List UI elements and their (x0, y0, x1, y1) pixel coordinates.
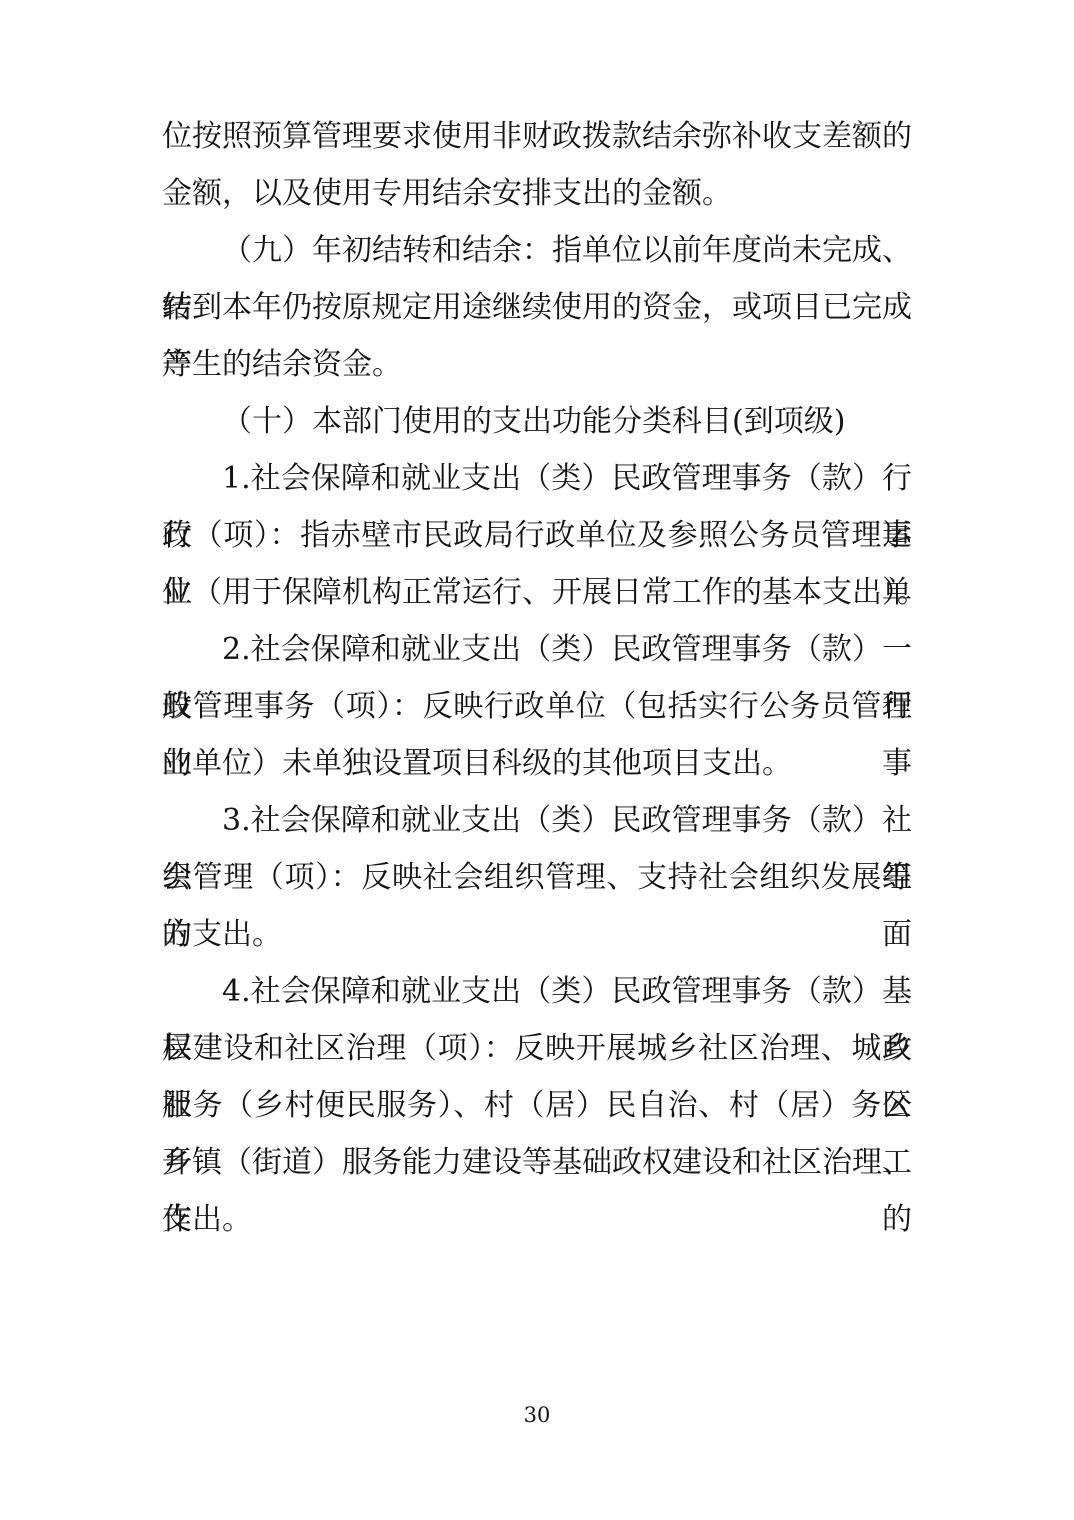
text-line: 金额，以及使用专用结余安排支出的金额。 (162, 165, 912, 222)
page-number: 30 (0, 1402, 1074, 1428)
text-line: 转到本年仍按原规定用途继续使用的资金，或项目已完成等 (162, 279, 912, 336)
document-page: 位按照预算管理要求使用非财政拨款结余弥补收支差额的金额，以及使用专用结余安排支出… (0, 0, 1074, 1520)
text-line: 乡镇（街道）服务能力建设等基础政权建设和社区治理工作的 (162, 1134, 912, 1191)
text-line: 4.社会保障和就业支出（类）民政管理事务（款）基层政 (162, 963, 912, 1020)
text-line: 2.社会保障和就业支出（类）民政管理事务（款）一般行 (162, 621, 912, 678)
text-line: 1.社会保障和就业支出（类）民政管理事务（款）行政运 (162, 450, 912, 507)
text-line: （十）本部门使用的支出功能分类科目(到项级) (162, 393, 912, 450)
text-line: 位按照预算管理要求使用非财政拨款结余弥补收支差额的 (162, 108, 912, 165)
text-line: 产生的结余资金。 (162, 336, 912, 393)
text-line: （九）年初结转和结余：指单位以前年度尚未完成、结 (162, 222, 912, 279)
document-body: 位按照预算管理要求使用非财政拨款结余弥补收支差额的金额，以及使用专用结余安排支出… (162, 108, 912, 1248)
text-line: 3.社会保障和就业支出（类）民政管理事务（款）社会组 (162, 792, 912, 849)
text-line: 织管理（项）：反映社会组织管理、支持社会组织发展等方面 (162, 849, 912, 906)
text-line: 行（项）：指赤壁市民政局行政单位及参照公务员管理事业单 (162, 507, 912, 564)
text-line: 服务（乡村便民服务）、村（居）民自治、村（居）务公开、 (162, 1077, 912, 1134)
text-line: 位（用于保障机构正常运行、开展日常工作的基本支出）。 (162, 564, 912, 621)
text-line: 政管理事务（项）：反映行政单位（包括实行公务员管理的事 (162, 678, 912, 735)
text-line: 权建设和社区治理（项）：反映开展城乡社区治理、城乡社区 (162, 1020, 912, 1077)
